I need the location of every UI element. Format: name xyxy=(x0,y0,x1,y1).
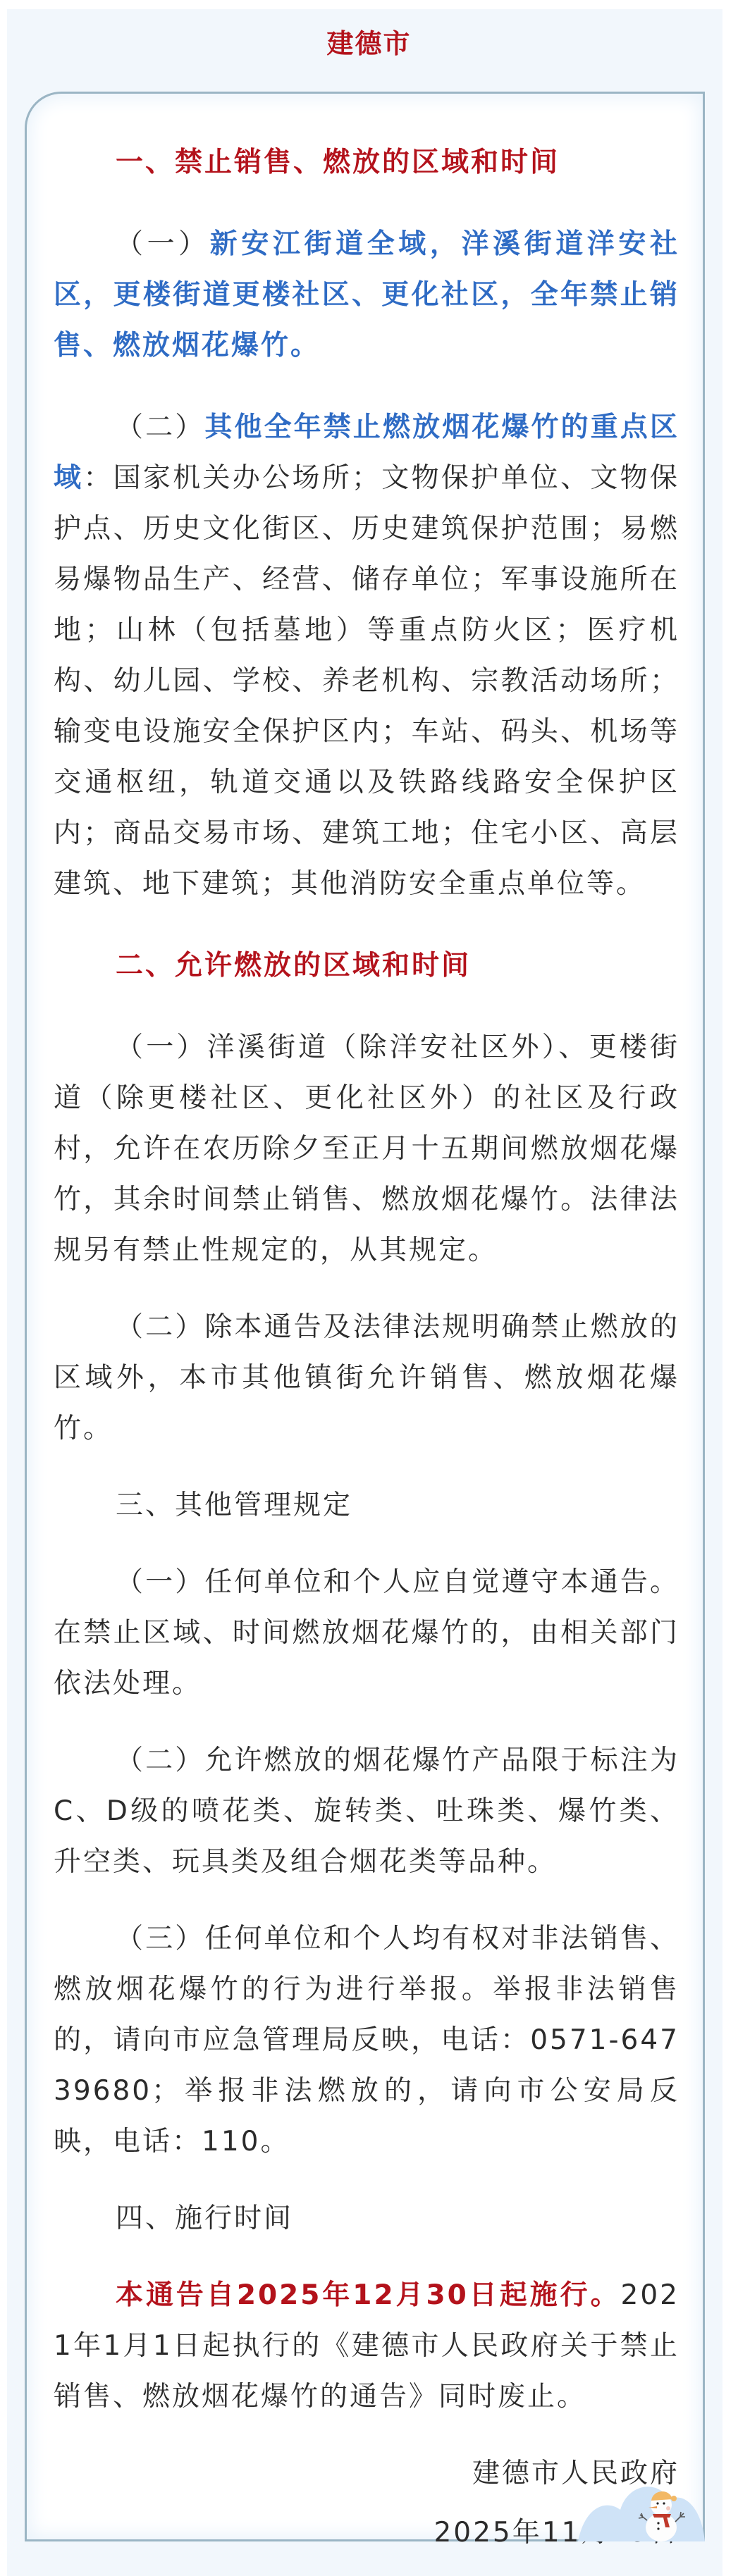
notice-card: 一、禁止销售、燃放的区域和时间 （一）新安江街道全域，洋溪街道洋安社区，更楼街道… xyxy=(25,92,705,2541)
notice-content: 一、禁止销售、燃放的区域和时间 （一）新安江街道全域，洋溪街道洋安社区，更楼街道… xyxy=(54,137,679,2567)
page-title: 建德市 xyxy=(0,27,738,61)
paragraph-1-1: （一）新安江街道全域，洋溪街道洋安社区，更楼街道更楼社区、更化社区，全年禁止销售… xyxy=(54,219,679,371)
section-heading-1: 一、禁止销售、燃放的区域和时间 xyxy=(54,137,679,188)
section-heading-4: 四、施行时间 xyxy=(54,2193,679,2244)
effective-date-text: 本通告自2025年12月30日起施行。 xyxy=(116,2279,621,2311)
paragraph-1-2: （二）其他全年禁止燃放烟花爆竹的重点区域：国家机关办公场所；文物保护单位、文物保… xyxy=(54,402,679,910)
section-heading-3: 三、其他管理规定 xyxy=(54,1480,679,1531)
body-text: ：国家机关办公场所；文物保护单位、文物保护点、历史文化街区、历史建筑保护范围；易… xyxy=(54,462,679,900)
item-label: （一） xyxy=(116,228,210,260)
paragraph-2-1: （一）洋溪街道（除洋安社区外）、更楼街道（除更楼社区、更化社区外）的社区及行政村… xyxy=(54,1022,679,1276)
item-label: （二） xyxy=(116,411,204,443)
paragraph-3-2: （二）允许燃放的烟花爆竹产品限于标注为C、D级的喷花类、旋转类、吐珠类、爆竹类、… xyxy=(54,1735,679,1888)
snowman-icon xyxy=(578,2478,705,2541)
paragraph-4-1: 本通告自2025年12月30日起施行。2021年1月1日起执行的《建德市人民政府… xyxy=(54,2270,679,2422)
section-heading-2: 二、允许燃放的区域和时间 xyxy=(54,941,679,991)
paragraph-3-1: （一）任何单位和个人应自觉遵守本通告。在禁止区域、时间燃放烟花爆竹的，由相关部门… xyxy=(54,1557,679,1709)
paragraph-2-2: （二）除本通告及法律法规明确禁止燃放的区域外，本市其他镇街允许销售、燃放烟花爆竹… xyxy=(54,1302,679,1454)
paragraph-3-3: （三）任何单位和个人均有权对非法销售、燃放烟花爆竹的行为进行举报。举报非法销售的… xyxy=(54,1914,679,2167)
